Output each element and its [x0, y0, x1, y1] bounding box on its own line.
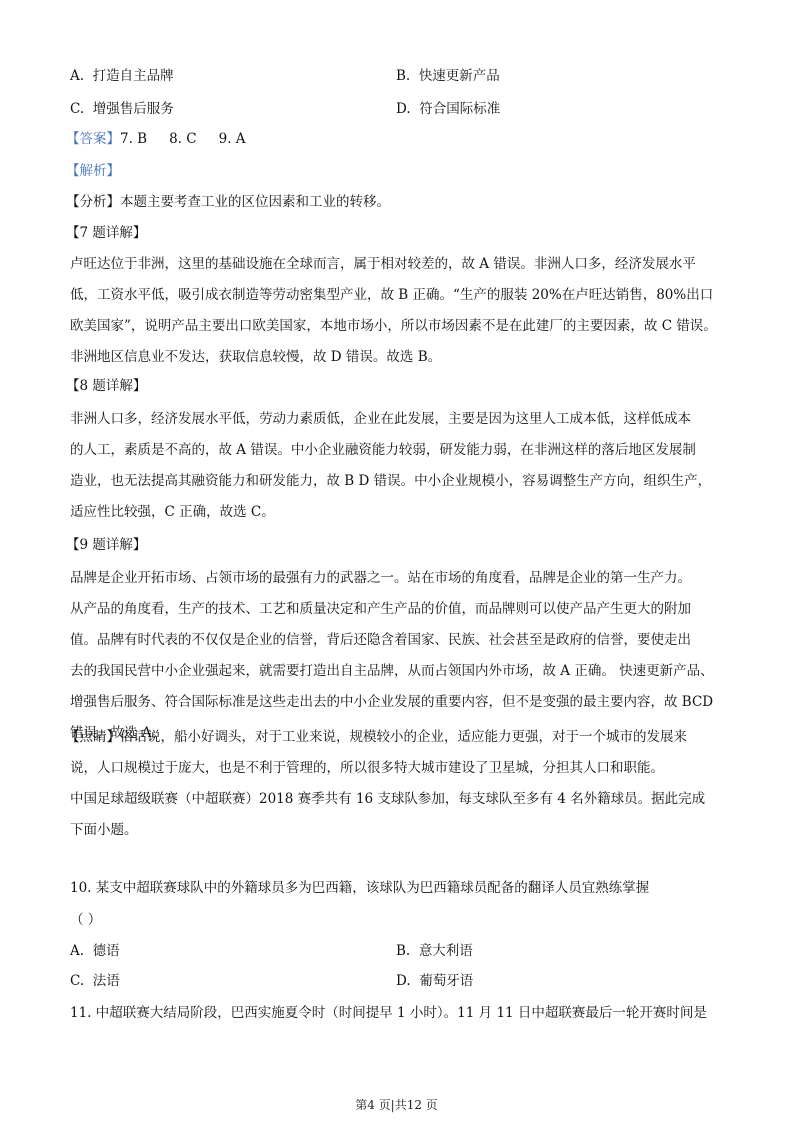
- detail-9-line: 增强售后服务、符合国际标准是这些走出去的中小企业发展的重要内容，但不是变强的最主…: [70, 687, 730, 718]
- answer-item: 7. B: [120, 131, 147, 147]
- answer-item: 8. C: [169, 131, 197, 147]
- q10-options-row-1: A. 德语 B. 意大利语: [70, 941, 730, 961]
- q9-options-row-2: C. 增强售后服务 D. 符合国际标准: [70, 99, 730, 119]
- intro-line: 中国足球超级联赛（中超联赛）2018 赛季共有 16 支球队参加，每支球队至多有…: [70, 784, 730, 815]
- detail-8-line: 适应性比较强，C 正确，故选 C。: [70, 497, 730, 528]
- answer-label: 【答案】: [66, 131, 120, 147]
- highlight-paragraph: 【点睛】俗话说，船小好调头，对于工业来说，规模较小的企业，适应能力更强，对于一个…: [66, 722, 726, 784]
- detail-8-paragraph: 非洲人口多，经济发展水平低，劳动力素质低，企业在此发展，主要是因为这里人工成本低…: [70, 404, 730, 528]
- detail-9-line: 值。品牌有时代表的不仅仅是企业的信誉，背后还隐含着国家、民族、社会甚至是政府的信…: [70, 625, 730, 656]
- q10-option-d: D. 葡萄牙语: [396, 971, 473, 991]
- detail-8-line: 造业，也无法提高其融资能力和研发能力，故 B D 错误。中小企业规模小，容易调整…: [70, 466, 730, 497]
- highlight-line: 说，人口规模过于庞大，也是不利于管理的，所以很多特大城市建设了卫星城，分担其人口…: [66, 753, 726, 784]
- analysis-label: 【解析】: [66, 161, 120, 181]
- q10-option-a: A. 德语: [70, 941, 120, 961]
- page-footer: 第4 页|共12 页: [0, 1096, 793, 1113]
- detail-8-heading: 【8 题详解】: [66, 376, 146, 396]
- detail-7-paragraph: 卢旺达位于非洲，这里的基础设施在全球而言，属于相对较差的，故 A 错误。非洲人口…: [70, 249, 730, 373]
- q9-option-a: A. 打造自主品牌: [70, 66, 174, 86]
- answer-line: 【答案】7. B8. C9. A: [66, 129, 246, 149]
- detail-9-line: 品牌是企业开拓市场、占领市场的最强有力的武器之一。站在市场的角度看，品牌是企业的…: [70, 563, 730, 594]
- analysis-label: 【分析】: [66, 194, 120, 210]
- q9-option-c: C. 增强售后服务: [70, 99, 174, 119]
- detail-9-line: 去的我国民营中小企业强起来，就需要打造出自主品牌，从而占领国内外市场，故 A 正…: [70, 656, 730, 687]
- detail-7-line: 欧美国家”，说明产品主要出口欧美国家，本地市场小，所以市场因素不是在此建厂的主要…: [70, 311, 730, 342]
- detail-9-line: 从产品的角度看，生产的技术、工艺和质量决定和产生产品的价值，而品牌则可以使产品产…: [70, 594, 730, 625]
- q10-options-row-2: C. 法语 D. 葡萄牙语: [70, 971, 730, 991]
- q9-options-row-1: A. 打造自主品牌 B. 快速更新产品: [70, 66, 730, 86]
- q10-stem: 10. 某支中超联赛球队中的外籍球员多为巴西籍，该球队为巴西籍球员配备的翻译人员…: [70, 878, 649, 898]
- detail-7-line: 低，工资水平低，吸引成衣制造等劳动密集型产业，故 B 正确。“生产的服装 20%…: [70, 280, 730, 311]
- q10-blank: （ ）: [70, 910, 101, 930]
- highlight-label: 【点睛】: [66, 729, 120, 745]
- detail-8-line: 的人工，素质是不高的，故 A 错误。中小企业融资能力较弱，研发能力弱，在非洲这样…: [70, 435, 730, 466]
- analysis-text: 本题主要考查工业的区位因素和工业的转移。: [120, 194, 390, 210]
- intro-line: 下面小题。: [70, 815, 730, 846]
- q9-option-b: B. 快速更新产品: [396, 66, 500, 86]
- q9-option-d: D. 符合国际标准: [396, 99, 500, 119]
- highlight-line: 【点睛】俗话说，船小好调头，对于工业来说，规模较小的企业，适应能力更强，对于一个…: [66, 722, 726, 753]
- detail-9-heading: 【9 题详解】: [66, 535, 146, 555]
- q10-option-c: C. 法语: [70, 971, 120, 991]
- q11-stem: 11. 中超联赛大结局阶段，巴西实施夏令时（时间提早 1 小时）。11 月 11…: [70, 1003, 707, 1023]
- detail-7-heading: 【7 题详解】: [66, 223, 146, 243]
- analysis-line: 【分析】本题主要考查工业的区位因素和工业的转移。: [66, 192, 390, 212]
- q10-option-b: B. 意大利语: [396, 941, 473, 961]
- detail-7-line: 卢旺达位于非洲，这里的基础设施在全球而言，属于相对较差的，故 A 错误。非洲人口…: [70, 249, 730, 280]
- detail-7-line: 非洲地区信息业不发达，获取信息较慢，故 D 错误。故选 B。: [70, 342, 730, 373]
- intro-paragraph: 中国足球超级联赛（中超联赛）2018 赛季共有 16 支球队参加，每支球队至多有…: [70, 784, 730, 846]
- detail-8-line: 非洲人口多，经济发展水平低，劳动力素质低，企业在此发展，主要是因为这里人工成本低…: [70, 404, 730, 435]
- answer-item: 9. A: [219, 131, 246, 147]
